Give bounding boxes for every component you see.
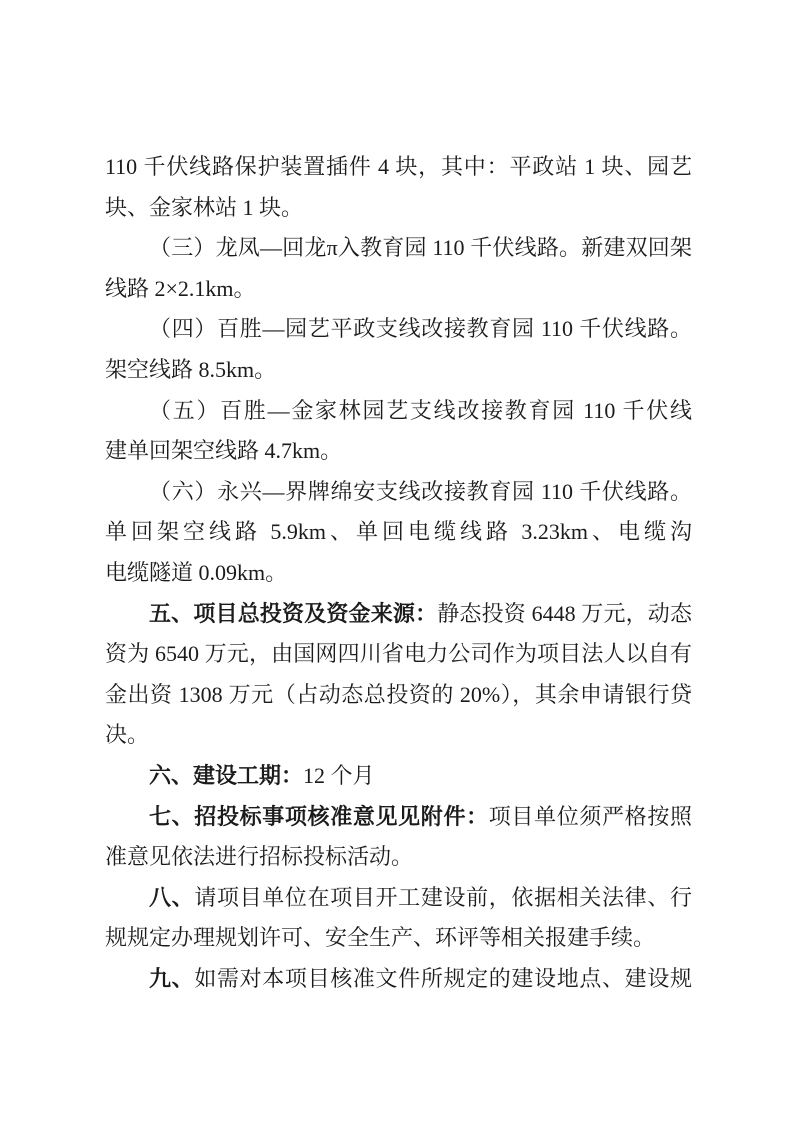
text-line: （六）永兴—界牌绵安支线改接教育园 110 千伏线路。新建 <box>105 472 692 513</box>
text-line: 八、请项目单位在项目开工建设前，依据相关法律、行政法 <box>105 878 692 919</box>
text-line: 七、招投标事项核准意见见附件：项目单位须严格按照本核 <box>105 797 692 838</box>
body-run: 规规定办理规划许可、安全生产、环评等相关报建手续。 <box>105 925 655 950</box>
body-run: 单回架空线路 5.9km、单回电缆线路 3.23km、电缆沟 0.54km、 <box>105 519 692 553</box>
document-body: 110 千伏线路保护装置插件 4 块，其中：平政站 1 块、园艺站 2块、金家林… <box>105 147 692 999</box>
text-line: 九、如需对本项目核准文件所规定的建设地点、建设规模、 <box>105 959 692 1000</box>
body-run: 块、金家林站 1 块。 <box>105 195 303 220</box>
text-line: 110 千伏线路保护装置插件 4 块，其中：平政站 1 块、园艺站 2 <box>105 147 692 188</box>
text-line: 六、建设工期：12 个月 <box>105 756 692 797</box>
text-line: 金出资 1308 万元（占动态总投资的 20%），其余申请银行贷款解 <box>105 675 692 716</box>
body-run: 电缆隧道 0.09km。 <box>105 560 287 585</box>
body-run: 建单回架空线路 4.7km。 <box>105 438 342 463</box>
body-run: （五）百胜—金家林园艺支线改接教育园 110 千伏线路。新 <box>105 398 692 432</box>
body-run: 准意见依法进行招标投标活动。 <box>105 844 413 869</box>
text-line: 五、项目总投资及资金来源：静态投资 6448 万元，动态投 <box>105 594 692 635</box>
body-run: 110 千伏线路保护装置插件 4 块，其中：平政站 1 块、园艺站 2 <box>105 154 692 188</box>
body-run: 12 个月 <box>303 763 375 788</box>
heading-run: 九、 <box>149 966 194 991</box>
body-run: 线路 2×2.1km。 <box>105 276 256 301</box>
body-run: 金出资 1308 万元（占动态总投资的 20%），其余申请银行贷款解 <box>105 682 692 716</box>
text-line: 规规定办理规划许可、安全生产、环评等相关报建手续。 <box>105 918 692 959</box>
body-run: （四）百胜—园艺平政支线改接教育园 110 千伏线路。新建 <box>105 316 692 350</box>
text-line: （四）百胜—园艺平政支线改接教育园 110 千伏线路。新建 <box>105 309 692 350</box>
text-line: 准意见依法进行招标投标活动。 <box>105 837 692 878</box>
body-run: 架空线路 8.5km。 <box>105 357 276 382</box>
text-line: 单回架空线路 5.9km、单回电缆线路 3.23km、电缆沟 0.54km、 <box>105 512 692 553</box>
heading-run: 七、招投标事项核准意见见附件： <box>149 804 489 829</box>
body-run: （三）龙凤—回龙π入教育园 110 千伏线路。新建双回架空 <box>105 235 692 269</box>
text-line: 电缆隧道 0.09km。 <box>105 553 692 594</box>
body-run: 资为 6540 万元，由国网四川省电力公司作为项目法人以自有资 <box>105 641 692 675</box>
body-run: （六）永兴—界牌绵安支线改接教育园 110 千伏线路。新建 <box>105 479 692 513</box>
heading-run: 八、 <box>149 885 194 910</box>
body-run: 如需对本项目核准文件所规定的建设地点、建设规模、 <box>105 966 692 1000</box>
document-page: 110 千伏线路保护装置插件 4 块，其中：平政站 1 块、园艺站 2块、金家林… <box>0 0 793 1122</box>
text-line: 线路 2×2.1km。 <box>105 269 692 310</box>
text-line: （五）百胜—金家林园艺支线改接教育园 110 千伏线路。新 <box>105 391 692 432</box>
heading-run: 六、建设工期： <box>149 763 303 788</box>
text-line: 建单回架空线路 4.7km。 <box>105 431 692 472</box>
heading-run: 五、项目总投资及资金来源： <box>149 601 437 626</box>
text-line: 决。 <box>105 715 692 756</box>
text-line: 架空线路 8.5km。 <box>105 350 692 391</box>
text-line: 块、金家林站 1 块。 <box>105 188 692 229</box>
body-run: 请项目单位在项目开工建设前，依据相关法律、行政法 <box>105 885 692 919</box>
body-run: 决。 <box>105 722 149 747</box>
text-line: （三）龙凤—回龙π入教育园 110 千伏线路。新建双回架空 <box>105 228 692 269</box>
text-line: 资为 6540 万元，由国网四川省电力公司作为项目法人以自有资 <box>105 634 692 675</box>
